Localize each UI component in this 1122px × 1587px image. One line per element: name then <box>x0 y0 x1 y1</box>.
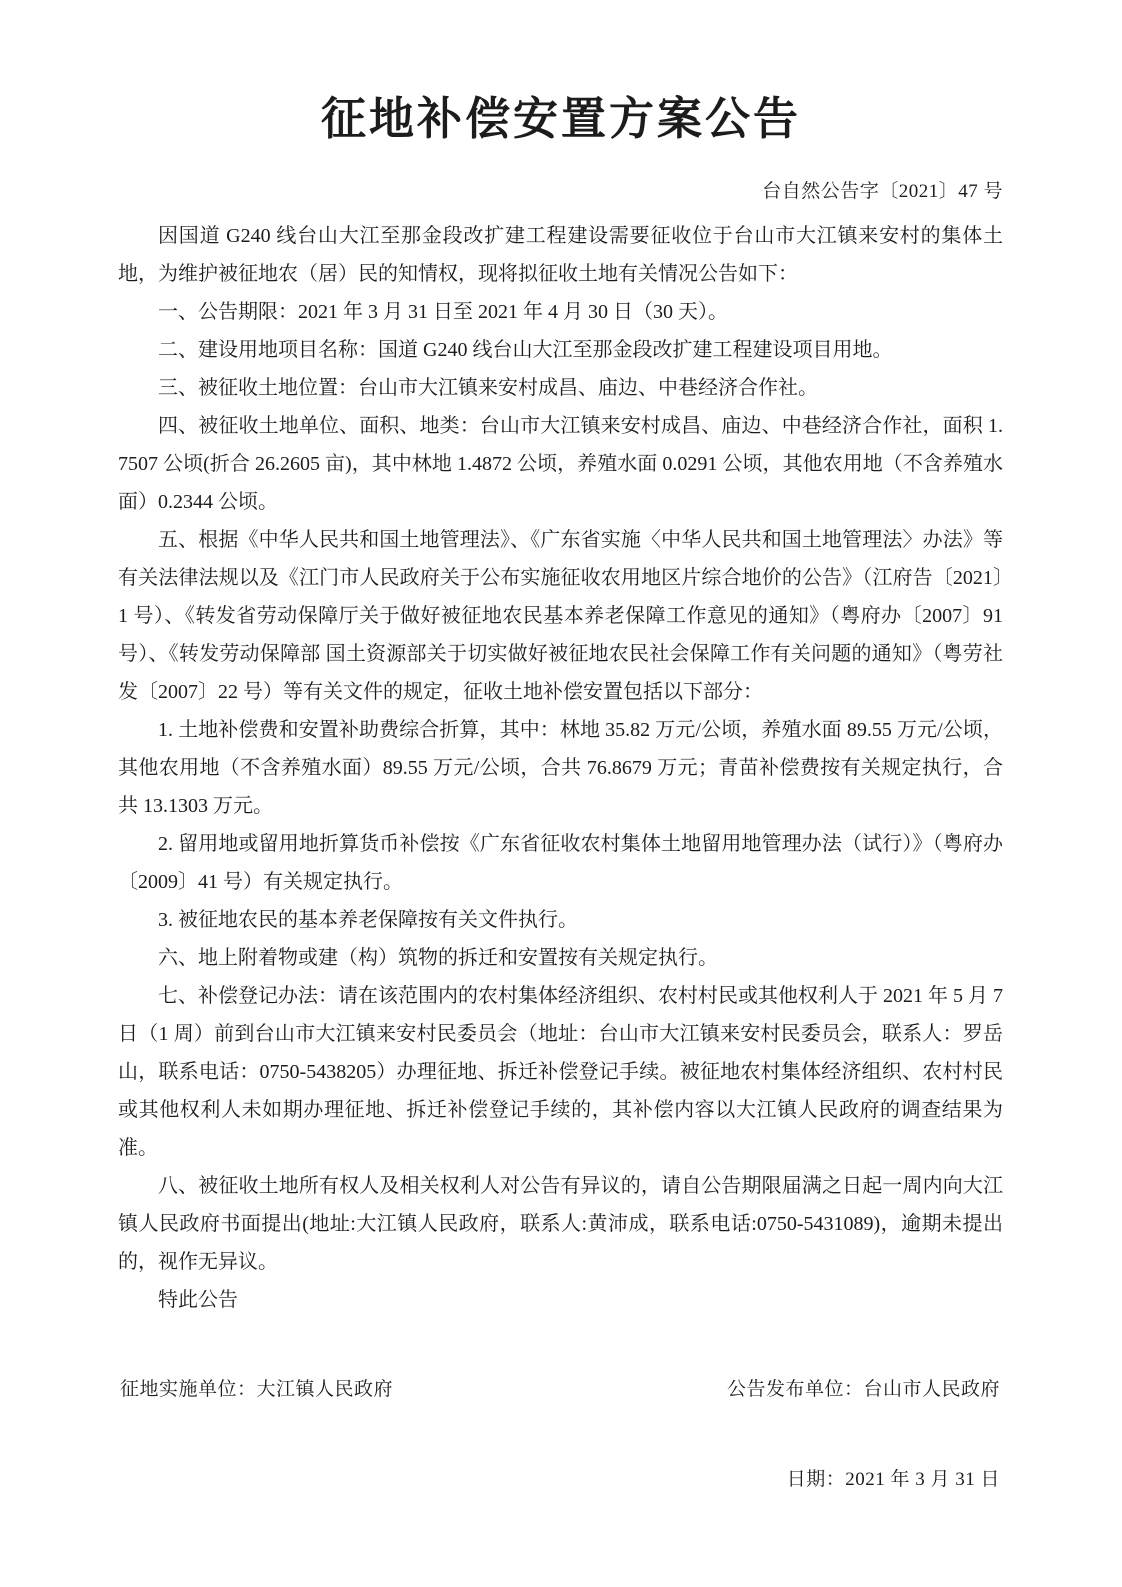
implementing-unit: 征地实施单位：大江镇人民政府 <box>120 1374 393 1401</box>
closing-statement: 特此公告 <box>118 1281 1003 1319</box>
paragraph-item-5: 五、根据《中华人民共和国土地管理法》、《广东省实施〈中华人民共和国土地管理法〉办… <box>118 521 1003 711</box>
announcement-page: 征地补偿安置方案公告 台自然公告字〔2021〕47 号 因国道 G240 线台山… <box>0 0 1122 1587</box>
paragraph-item-4: 四、被征收土地单位、面积、地类：台山市大江镇来安村成昌、庙边、中巷经济合作社，面… <box>118 407 1003 521</box>
content-area: 台自然公告字〔2021〕47 号 因国道 G240 线台山大江至那金段改扩建工程… <box>118 176 1003 1319</box>
paragraph-sub-2: 2. 留用地或留用地折算货币补偿按《广东省征收农村集体土地留用地管理办法（试行）… <box>118 825 1003 901</box>
paragraph-sub-1: 1. 土地补偿费和安置补助费综合折算，其中：林地 35.82 万元/公顷，养殖水… <box>118 711 1003 825</box>
announcement-body: 因国道 G240 线台山大江至那金段改扩建工程建设需要征收位于台山市大江镇来安村… <box>118 217 1003 1319</box>
signature-row: 征地实施单位：大江镇人民政府 公告发布单位：台山市人民政府 <box>120 1374 1000 1401</box>
paragraph-sub-3: 3. 被征地农民的基本养老保障按有关文件执行。 <box>118 901 1003 939</box>
issuing-unit: 公告发布单位：台山市人民政府 <box>727 1374 1000 1401</box>
paragraph-item-2: 二、建设用地项目名称：国道 G240 线台山大江至那金段改扩建工程建设项目用地。 <box>118 331 1003 369</box>
paragraph-intro: 因国道 G240 线台山大江至那金段改扩建工程建设需要征收位于台山市大江镇来安村… <box>118 217 1003 293</box>
paragraph-item-6: 六、地上附着物或建（构）筑物的拆迁和安置按有关规定执行。 <box>118 939 1003 977</box>
page-title: 征地补偿安置方案公告 <box>0 30 1122 146</box>
paragraph-item-1: 一、公告期限：2021 年 3 月 31 日至 2021 年 4 月 30 日（… <box>118 293 1003 331</box>
paragraph-item-8: 八、被征收土地所有权人及相关权利人对公告有异议的，请自公告期限届满之日起一周内向… <box>118 1167 1003 1281</box>
announcement-date: 日期：2021 年 3 月 31 日 <box>787 1464 1000 1491</box>
paragraph-item-3: 三、被征收土地位置：台山市大江镇来安村成昌、庙边、中巷经济合作社。 <box>118 369 1003 407</box>
doc-number: 台自然公告字〔2021〕47 号 <box>118 176 1003 203</box>
paragraph-item-7: 七、补偿登记办法：请在该范围内的农村集体经济组织、农村村民或其他权利人于 202… <box>118 977 1003 1167</box>
